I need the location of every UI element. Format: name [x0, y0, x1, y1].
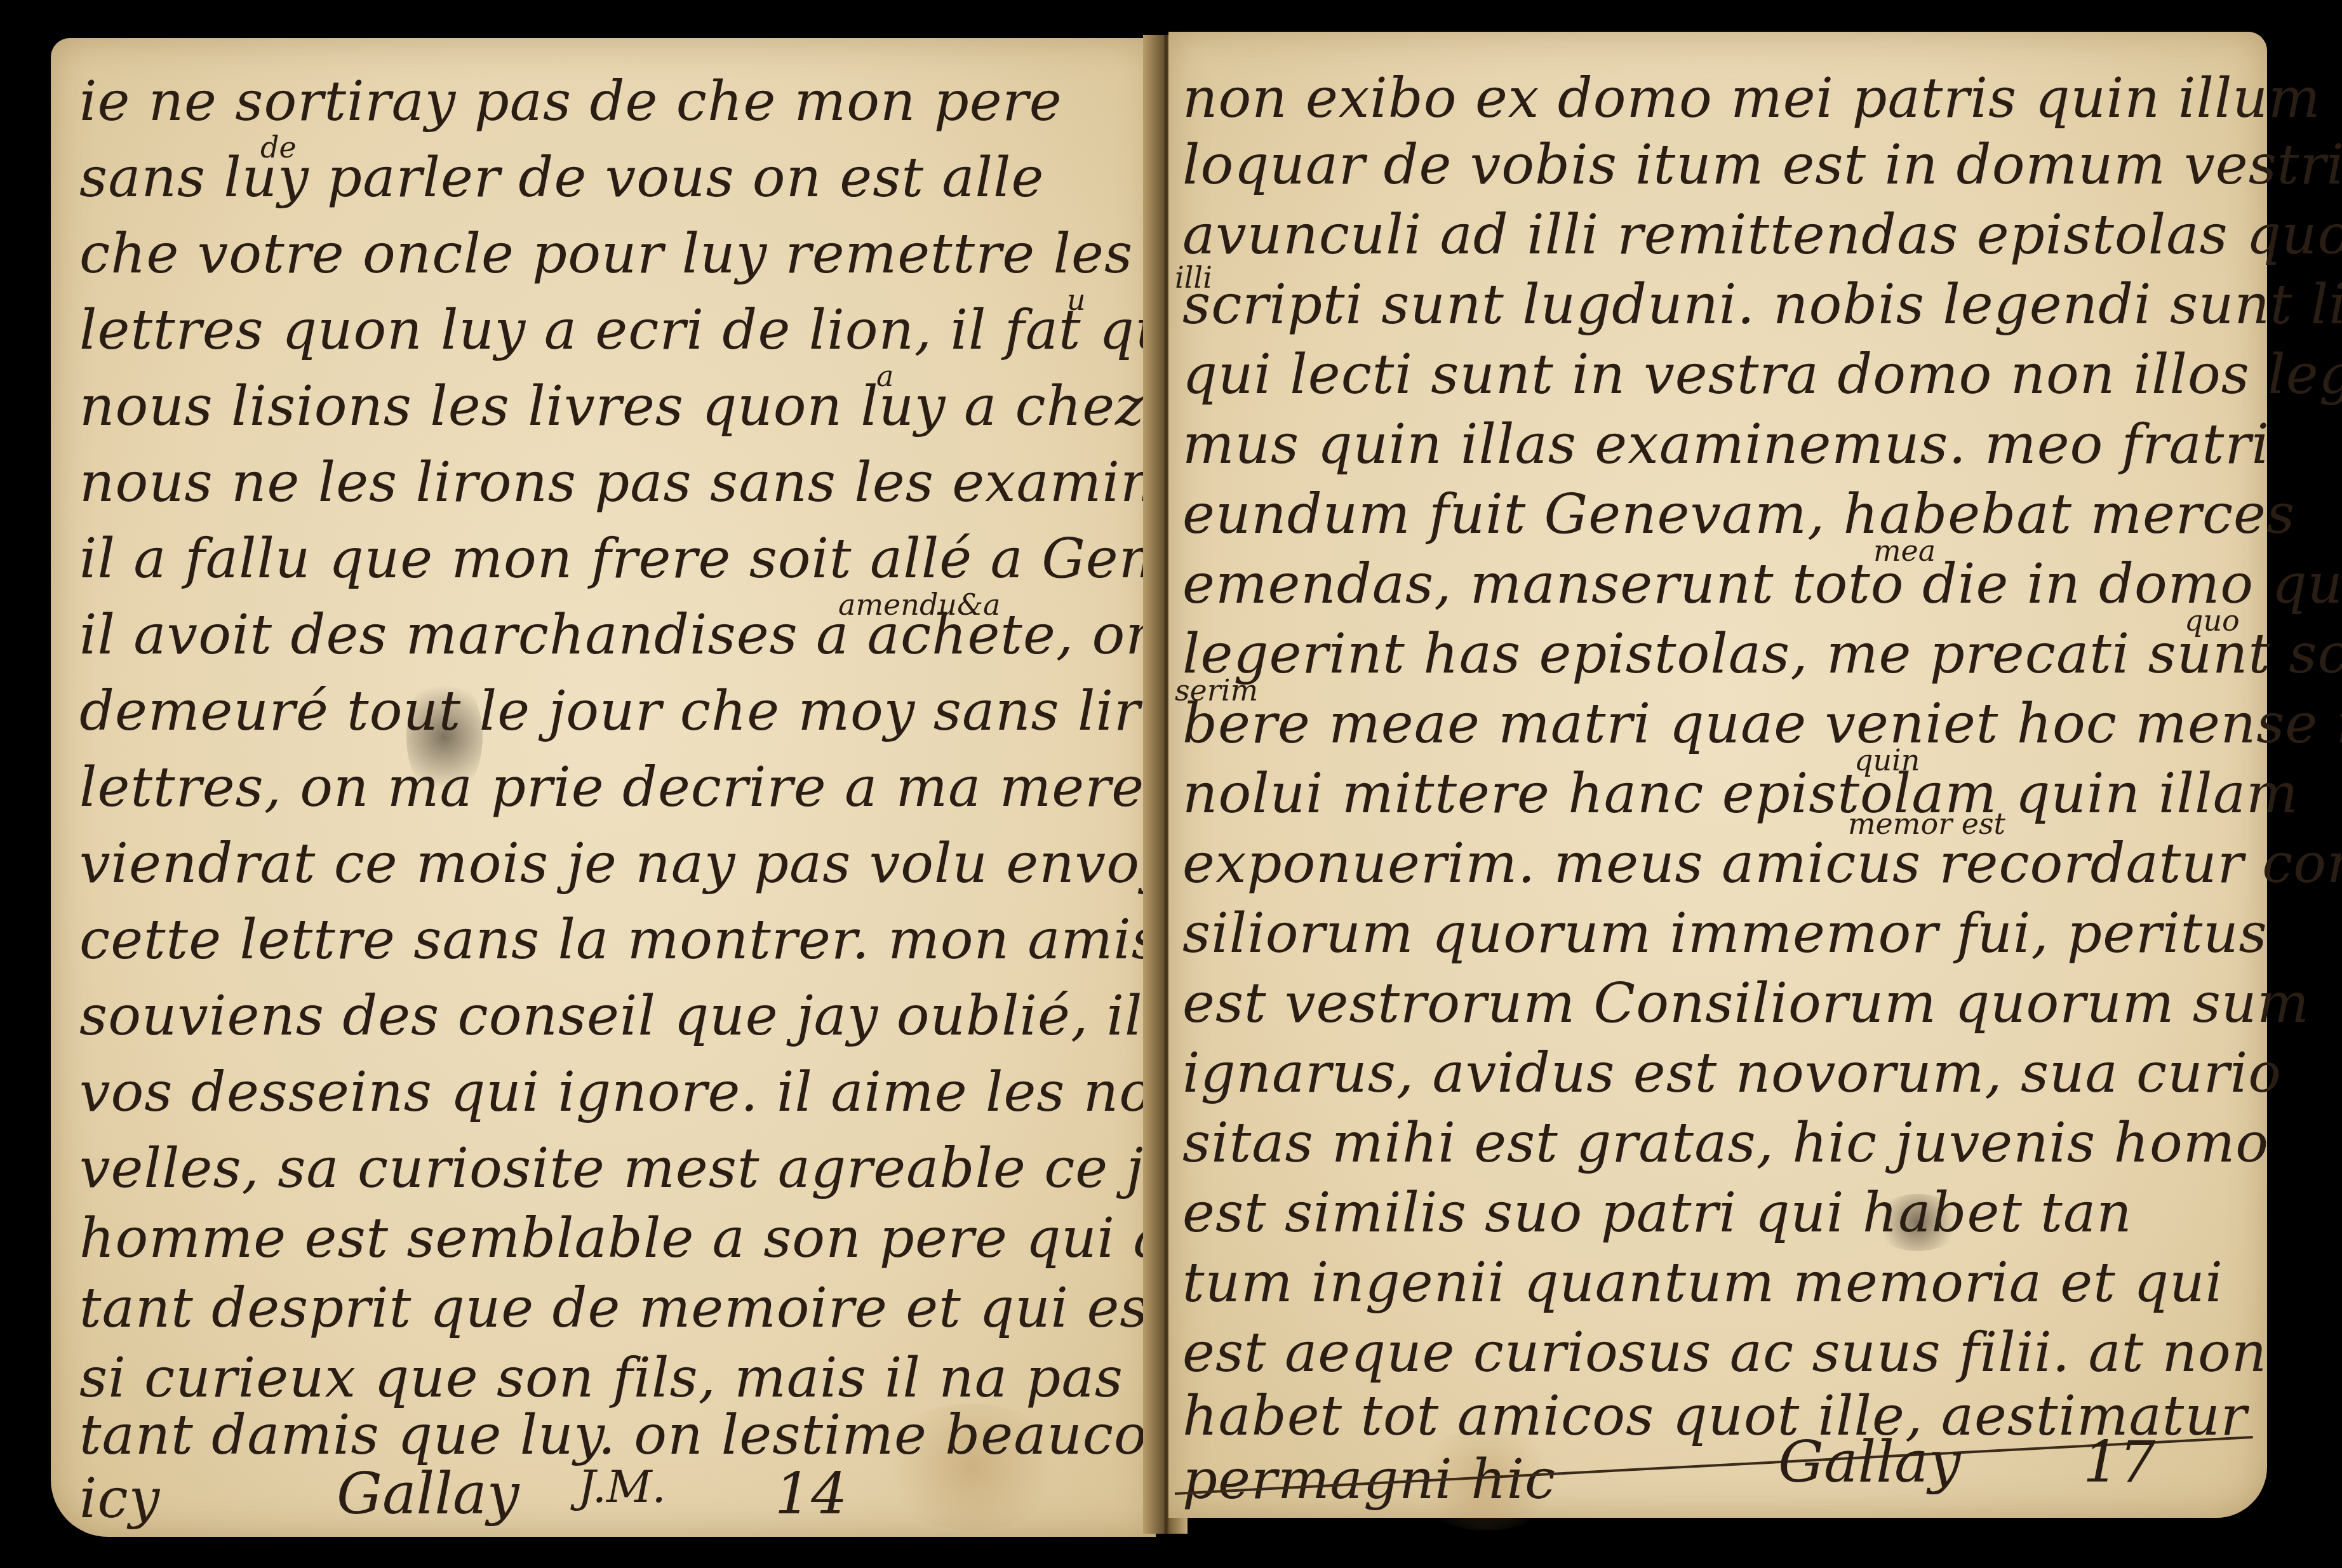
text-line: est vestrorum Consiliorum quorum sum: [1182, 972, 2310, 1035]
text-line: nolui mittere hanc epistolam quin illam: [1182, 762, 2298, 826]
text-line: souviens des conseil que jay oublié, il …: [79, 984, 1255, 1048]
annotation: memor est: [1848, 807, 2005, 841]
text-line: eundum fuit Genevam, habebat merces: [1182, 483, 2295, 546]
text-line: est similis suo patri qui habet tan: [1182, 1181, 2132, 1245]
right-page-text: non exibo ex domo mei patris quin illum …: [1168, 32, 2267, 1518]
annotation: quo: [2185, 603, 2240, 638]
text-line: non exibo ex domo mei patris quin illum: [1182, 67, 2321, 130]
text-line: nous lisions les livres quon luy a chez …: [79, 375, 1292, 438]
annotation: a: [876, 359, 893, 393]
annotation: amendu&a: [838, 587, 1000, 622]
text-line: demeuré tout le jour che moy sans lire c…: [79, 680, 1285, 743]
text-line: exponuerim. meus amicus recordatur con: [1182, 832, 2342, 895]
text-line: tant desprit que de memoire et qui est a…: [79, 1277, 1287, 1340]
annotation: mea: [1873, 533, 1936, 568]
annotation: illi: [1175, 260, 1212, 295]
signature: Gallay: [1778, 1429, 1961, 1496]
annotation: quin: [1854, 743, 1920, 777]
text-line: qui lecti sunt in vestra domo non illos …: [1182, 343, 2342, 406]
annotation: u: [1067, 283, 1086, 317]
text-line: siliorum quorum immemor fui, peritus: [1182, 902, 2268, 965]
text-line: che votre oncle pour luy remettre les: [79, 222, 1133, 286]
text-line: sans luy parler de vous on est alle: [79, 146, 1044, 210]
annotation: de: [260, 130, 297, 164]
text-line: lettres, on ma prie decrire a ma mere qu…: [79, 756, 1252, 819]
text-line: velles, sa curiosite mest agreable ce je…: [79, 1137, 1317, 1200]
text-line: ie ne sortiray pas de che mon pere: [79, 70, 1062, 133]
text-line: nous ne les lirons pas sans les examiner…: [79, 451, 1228, 514]
right-page: non exibo ex domo mei patris quin illum …: [1168, 32, 2267, 1518]
text-line: permagni hic: [1182, 1448, 1556, 1511]
text-line: bere meae matri quae veniet hoc mense no…: [1182, 692, 2342, 756]
text-line: scripti sunt lugduni. nobis legendi sunt…: [1182, 273, 2342, 337]
text-line: vos desseins qui ignore. il aime les nou: [79, 1061, 1188, 1124]
left-page: ie ne sortiray pas de che mon pere sans …: [51, 38, 1156, 1537]
text-line: mus quin illas examinemus. meo fratri: [1182, 413, 2270, 476]
annotation: serim: [1175, 673, 1258, 707]
text-line: ignarus, avidus est novorum, sua curio: [1182, 1042, 2282, 1105]
text-line: viendrat ce mois je nay pas volu envoyer: [79, 832, 1231, 895]
text-line: lettres quon luy a ecri de lion, il fat …: [79, 298, 1203, 362]
signature-mark: J.M.: [578, 1461, 666, 1513]
left-page-text: ie ne sortiray pas de che mon pere sans …: [51, 38, 1156, 1537]
text-line: sitas mihi est gratas, hic juvenis homo: [1182, 1111, 2269, 1175]
text-line: cette lettre sans la montrer. mon amis j…: [79, 908, 1229, 972]
text-line: emendas, manserunt toto die in domo quin: [1182, 553, 2342, 616]
text-line: homme est semblable a son pere qui a au: [79, 1207, 1254, 1270]
text-line: loquar de vobis itum est in domum vestri: [1182, 133, 2342, 197]
text-line: tant damis que luy. on lestime beaucoup: [79, 1404, 1219, 1467]
text-line: avunculi ad illi remittendas epistolas q…: [1182, 203, 2342, 267]
page-number: 14: [775, 1461, 848, 1527]
text-line: est aeque curiosus ac suus filii. at non: [1182, 1321, 2267, 1384]
signature: Gallay: [337, 1461, 519, 1527]
text-line: si curieux que son fils, mais il na pas …: [79, 1346, 1210, 1410]
text-line: tum ingenii quantum memoria et qui: [1182, 1251, 2223, 1315]
page-number: 17: [2083, 1429, 2156, 1496]
text-line: il avoit des marchandises a achete, on a: [79, 603, 1212, 667]
text-line: il a fallu que mon frere soit allé a Gen…: [79, 527, 1270, 591]
text-line: legerint has epistolas, me precati sunt …: [1182, 622, 2342, 686]
text-line: icy: [79, 1467, 160, 1531]
